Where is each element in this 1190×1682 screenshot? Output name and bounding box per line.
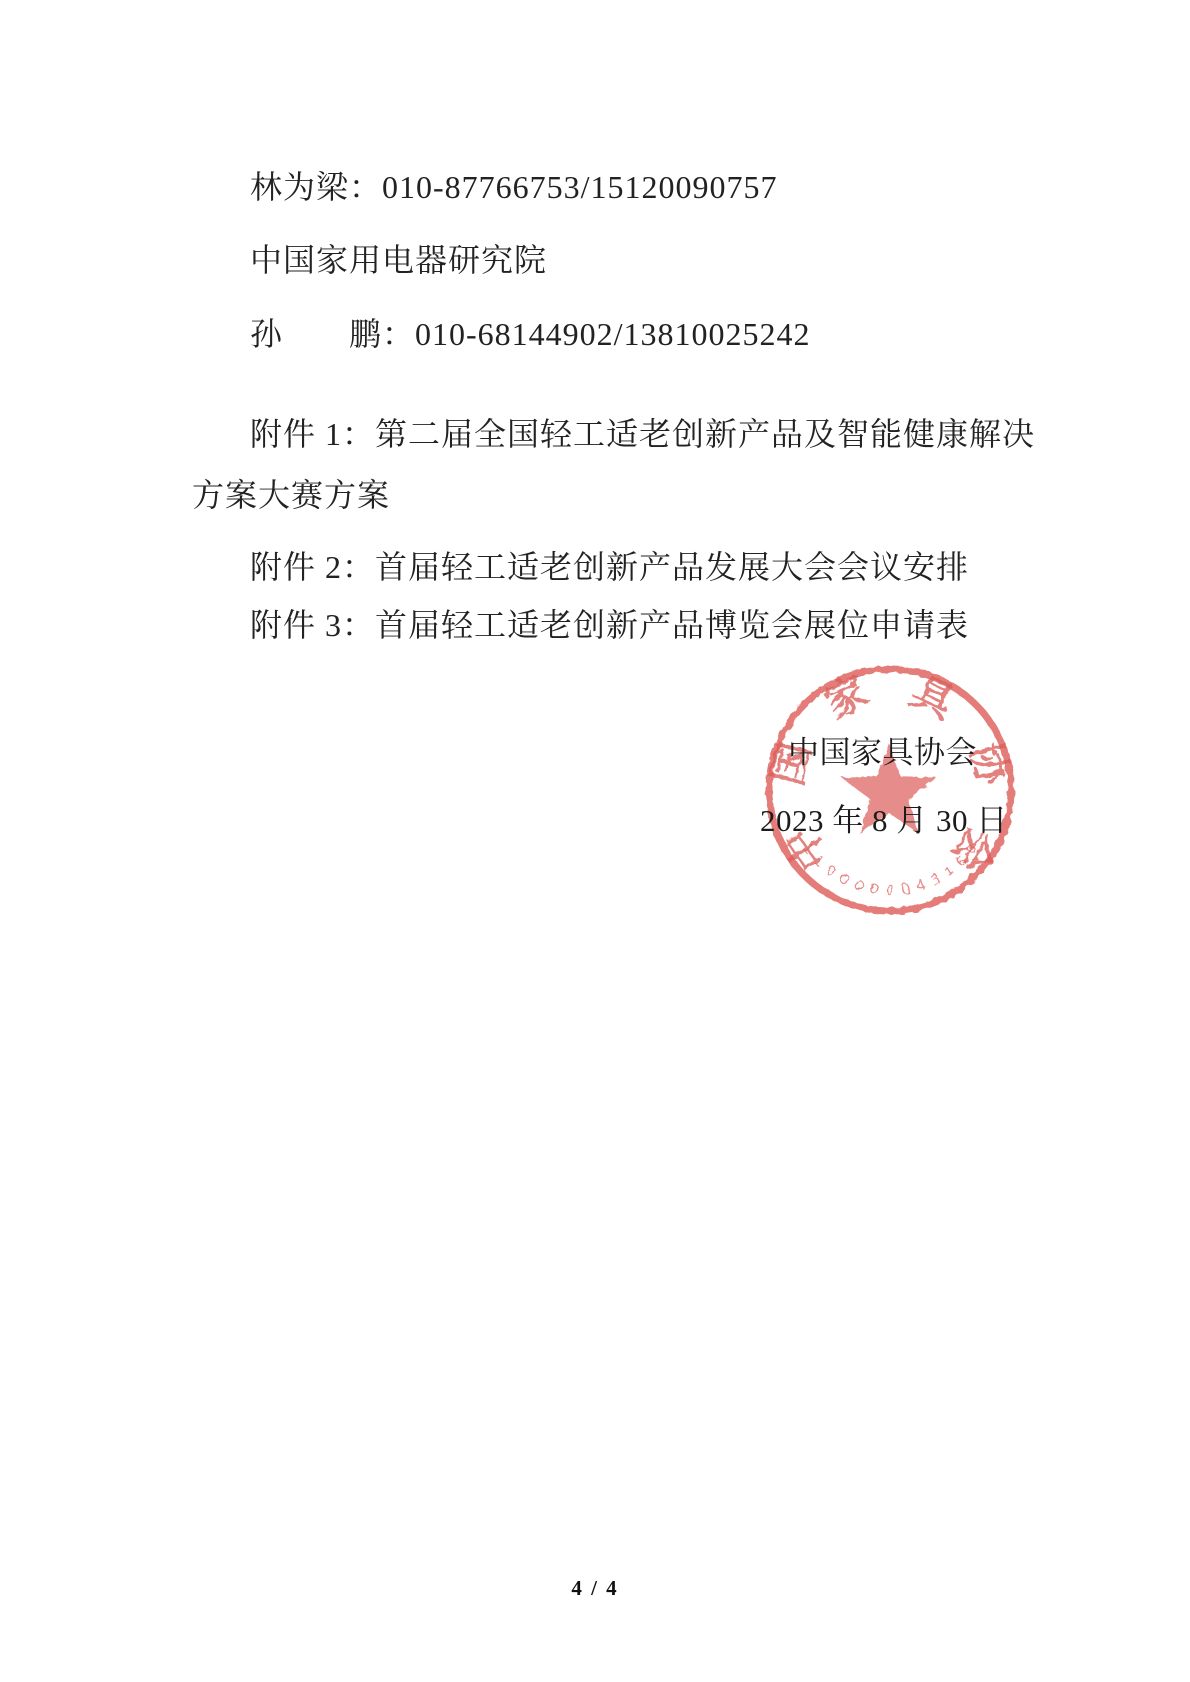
contact-line-3: 孙 鹏：010-68144902/13810025242 (250, 316, 811, 352)
document-page: 林为梁：010-87766753/15120090757 中国家用电器研究院 孙… (0, 0, 1190, 1682)
svg-text:3: 3 (928, 871, 943, 889)
svg-text:0: 0 (869, 881, 880, 898)
attachment-1-line-2: 方案大赛方案 (192, 477, 390, 513)
svg-text:家: 家 (818, 668, 876, 728)
attachment-3-line: 附件 3：首届轻工适老创新产品博览会展位申请表 (250, 607, 969, 643)
attachment-2-line: 附件 2：首届轻工适老创新产品发展大会会议安排 (250, 549, 969, 585)
contact-line-1: 林为梁：010-87766753/15120090757 (250, 169, 778, 205)
attachment-1-line-1: 附件 1：第二届全国轻工适老创新产品及智能健康解决 (250, 416, 1035, 452)
svg-text:0: 0 (822, 863, 839, 881)
svg-text:4: 4 (914, 877, 928, 895)
svg-text:具: 具 (904, 669, 963, 729)
signature-date: 2023 年 8 月 30 日 (760, 795, 1008, 840)
official-seal: 中国家具协会 1100000043168 (740, 640, 1040, 940)
page-number: 4 / 4 (0, 1576, 1190, 1601)
svg-text:0: 0 (886, 883, 895, 899)
contact-line-2: 中国家用电器研究院 (250, 242, 547, 278)
svg-text:0: 0 (900, 881, 911, 898)
svg-text:0: 0 (852, 877, 865, 895)
signature-org-name: 中国家具协会 (788, 727, 977, 772)
svg-text:0: 0 (837, 871, 852, 889)
svg-text:1: 1 (941, 863, 958, 881)
